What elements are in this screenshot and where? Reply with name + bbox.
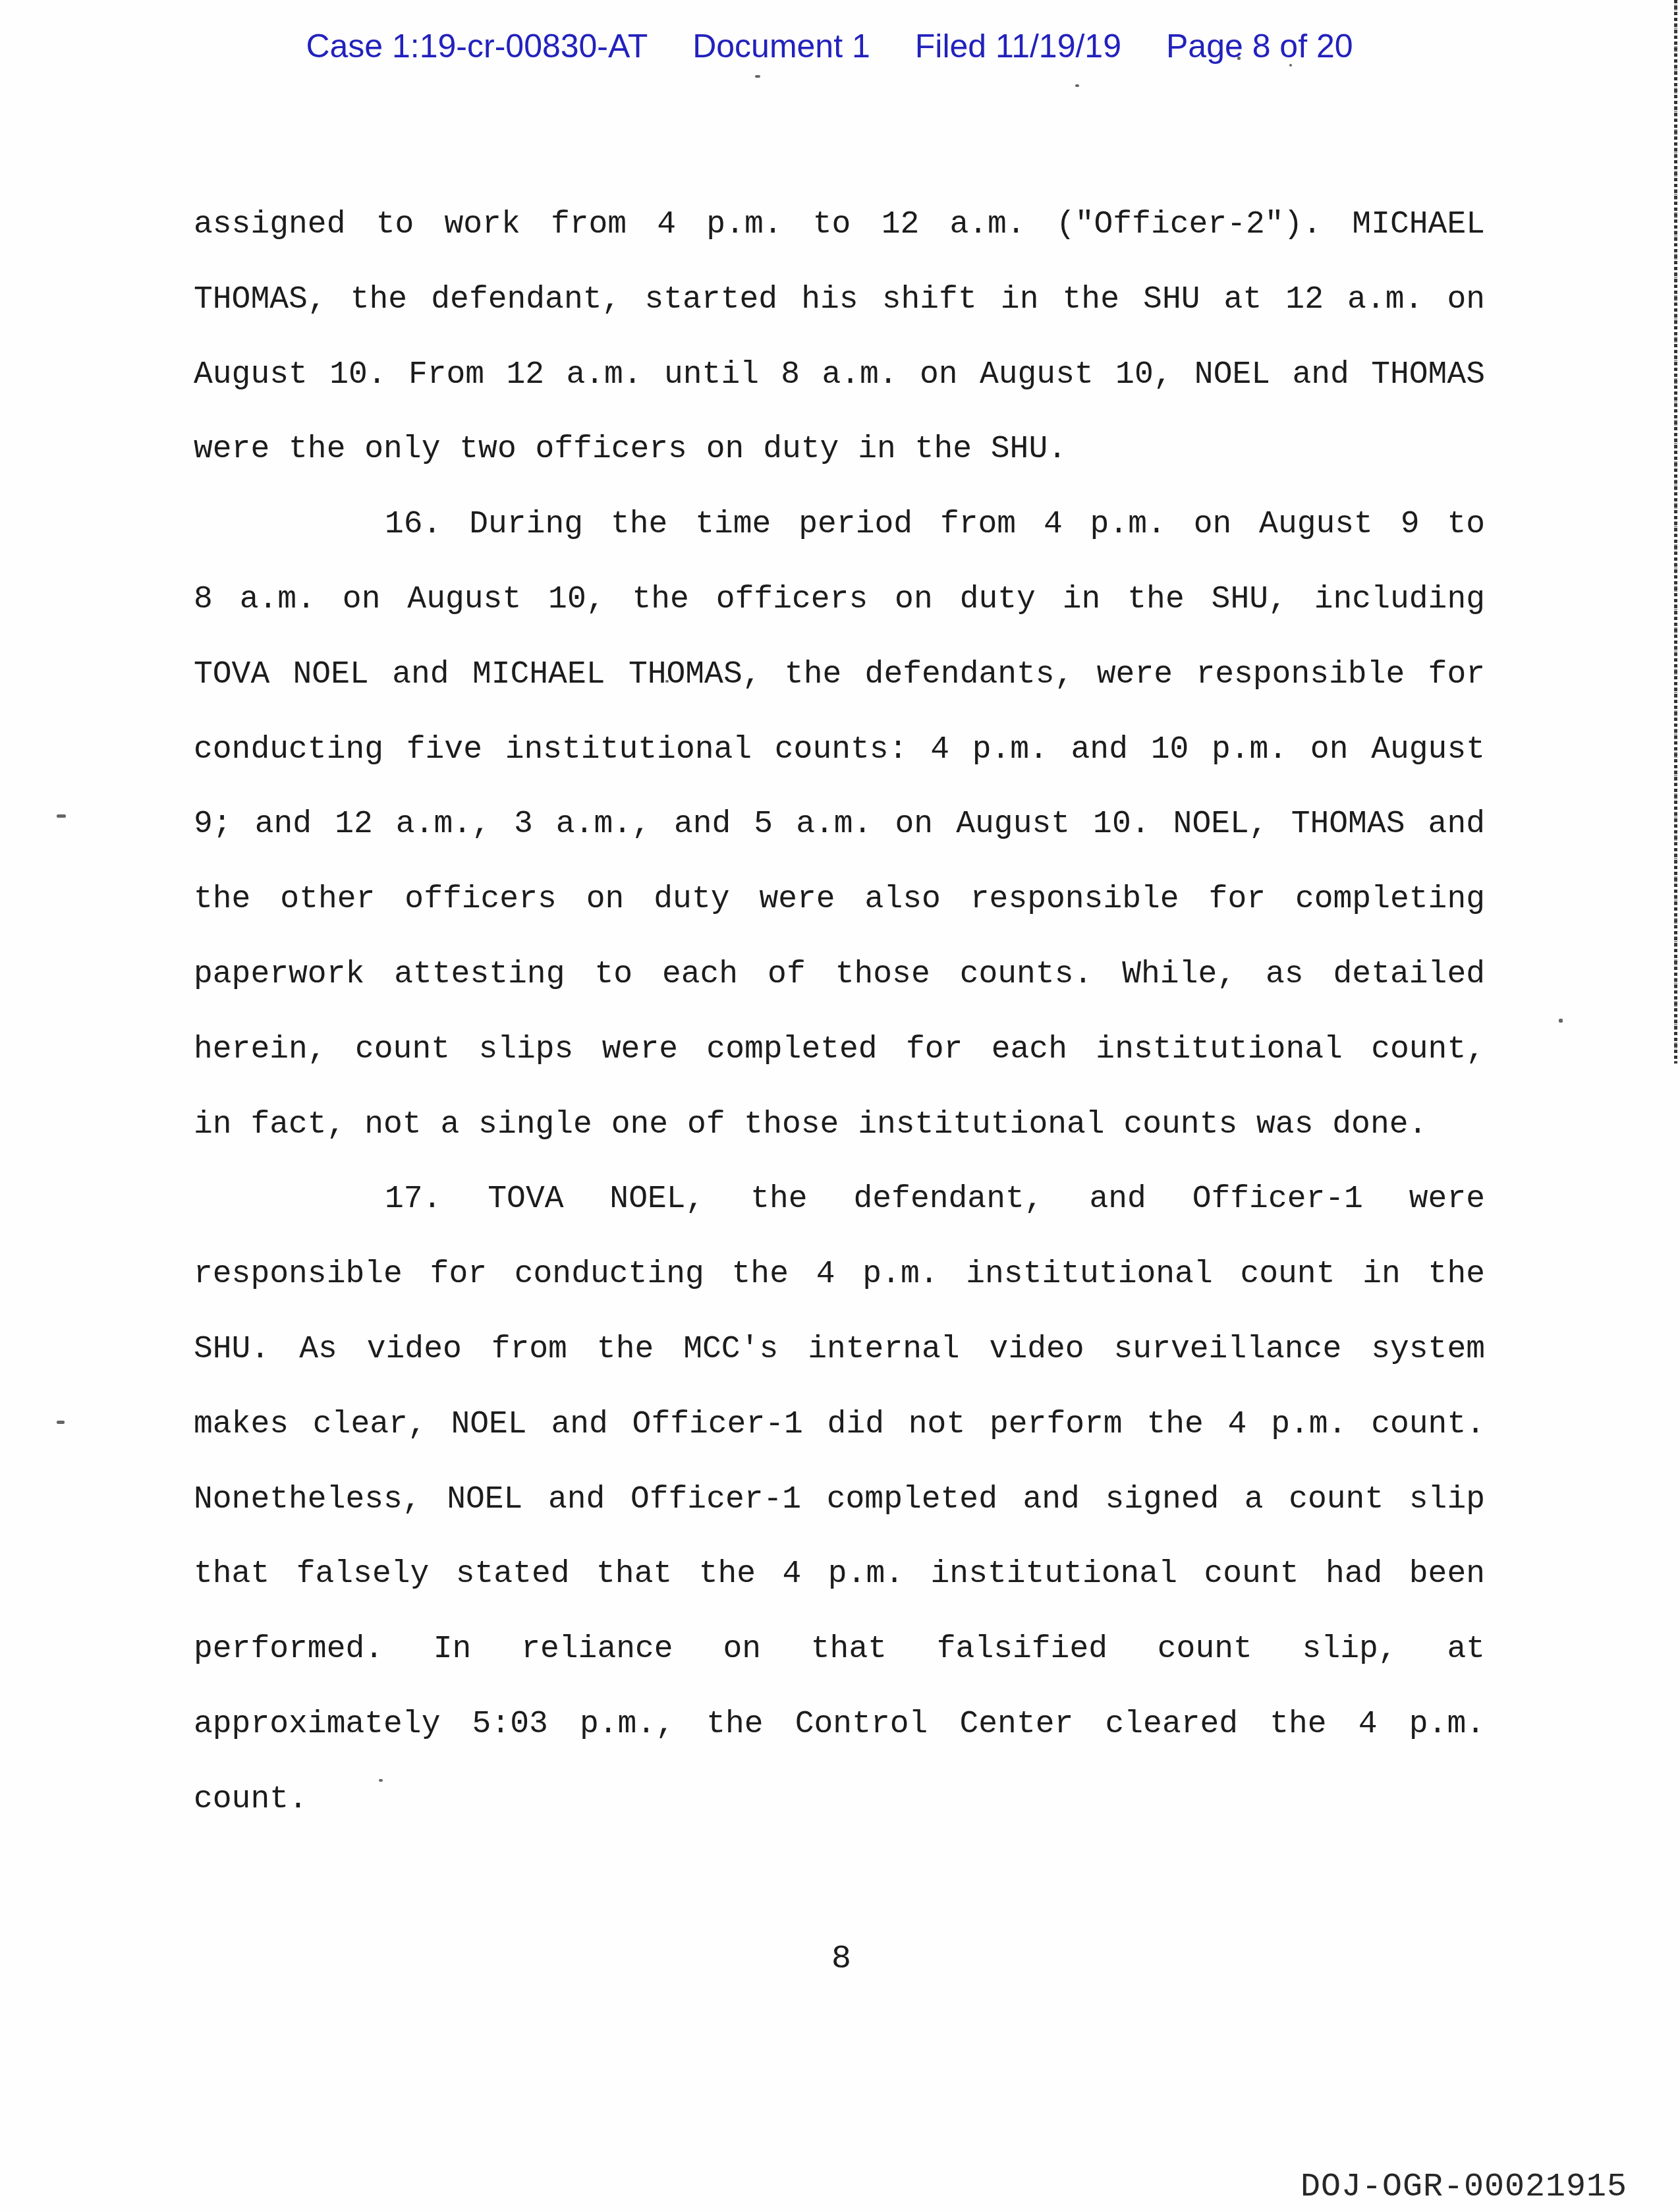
body-line: THOMAS, the defendant, started his shift…	[194, 263, 1485, 338]
header-page-indicator: Page 8 of 20	[1166, 29, 1353, 63]
header-filed-date: Filed 11/19/19	[915, 29, 1121, 63]
body-line: 17. TOVA NOEL, the defendant, and Office…	[194, 1162, 1485, 1237]
paragraph: 17. TOVA NOEL, the defendant, and Office…	[194, 1162, 1485, 1837]
body-line: SHU. As video from the MCC's internal vi…	[194, 1313, 1485, 1388]
paragraph: assigned to work from 4 p.m. to 12 a.m. …	[194, 188, 1485, 488]
body-line: 16. During the time period from 4 p.m. o…	[194, 488, 1485, 563]
body-line: Nonetheless, NOEL and Officer-1 complete…	[194, 1463, 1485, 1538]
paragraph: 16. During the time period from 4 p.m. o…	[194, 488, 1485, 1162]
page-number: 8	[831, 1941, 851, 1978]
body-line: approximately 5:03 p.m., the Control Cen…	[194, 1687, 1485, 1763]
body-line: 8 a.m. on August 10, the officers on dut…	[194, 563, 1485, 638]
body-line: the other officers on duty were also res…	[194, 863, 1485, 938]
scan-speck	[1289, 64, 1292, 67]
body-line: August 10. From 12 a.m. until 8 a.m. on …	[194, 338, 1485, 413]
scan-artifact-line	[1674, 0, 1677, 1063]
body-line: paperwork attesting to each of those cou…	[194, 938, 1485, 1013]
scan-speck	[57, 1421, 65, 1424]
body-line: in fact, not a single one of those insti…	[194, 1088, 1485, 1163]
body-line: performed. In reliance on that falsified…	[194, 1612, 1485, 1687]
body-line: conducting five institutional counts: 4 …	[194, 713, 1485, 788]
document-body: assigned to work from 4 p.m. to 12 a.m. …	[194, 188, 1485, 1838]
document-page: Case 1:19-cr-00830-AT Document 1 Filed 1…	[0, 0, 1680, 2212]
bates-number: DOJ-OGR-00021915	[1301, 2170, 1627, 2205]
body-line: responsible for conducting the 4 p.m. in…	[194, 1237, 1485, 1313]
scan-speck	[665, 680, 669, 683]
body-line: were the only two officers on duty in th…	[194, 412, 1485, 488]
body-line: makes clear, NOEL and Officer-1 did not …	[194, 1388, 1485, 1463]
body-line: 9; and 12 a.m., 3 a.m., and 5 a.m. on Au…	[194, 787, 1485, 863]
scan-speck	[57, 814, 66, 818]
scan-speck	[755, 75, 760, 78]
body-line: count.	[194, 1763, 1485, 1838]
ecf-header-stamp: Case 1:19-cr-00830-AT Document 1 Filed 1…	[0, 29, 1669, 63]
body-line: TOVA NOEL and MICHAEL THOMAS, the defend…	[194, 638, 1485, 713]
scan-speck	[379, 1779, 383, 1782]
scan-speck	[1559, 1019, 1563, 1023]
body-line: assigned to work from 4 p.m. to 12 a.m. …	[194, 188, 1485, 263]
scan-speck	[1237, 57, 1241, 60]
header-document-number: Document 1	[692, 29, 870, 63]
body-line: that falsely stated that the 4 p.m. inst…	[194, 1537, 1485, 1612]
scan-speck	[1075, 84, 1079, 87]
body-line: herein, count slips were completed for e…	[194, 1013, 1485, 1088]
header-case-number: Case 1:19-cr-00830-AT	[306, 29, 648, 63]
